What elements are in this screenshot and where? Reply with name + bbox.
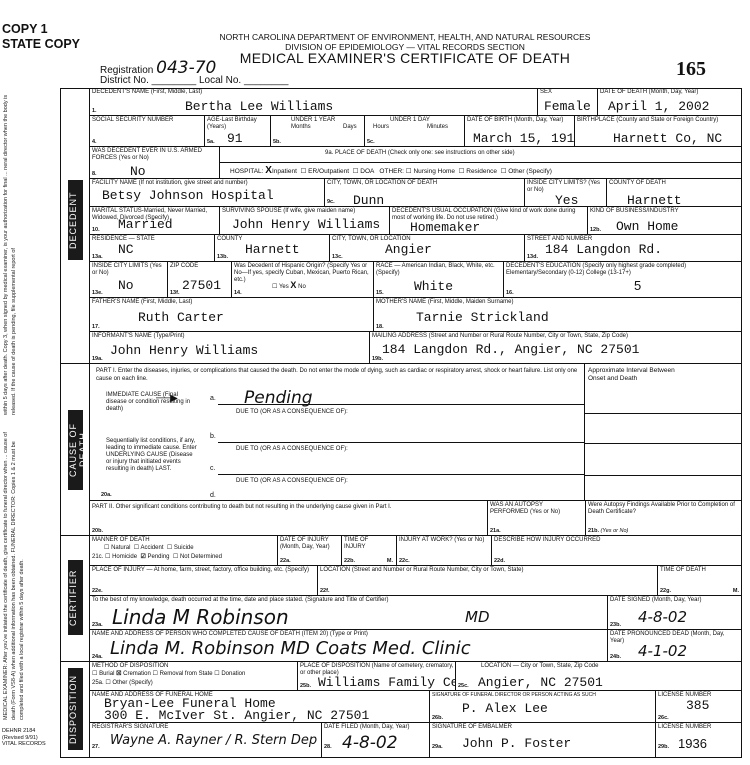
dob-field[interactable]: DATE OF BIRTH (Month, Day, Year) March 1…: [465, 116, 575, 147]
res-county-field[interactable]: COUNTY 13b. Harnett: [215, 235, 330, 262]
registrar-value: Wayne A. Rayner / R. Stern Dep Reg: [110, 733, 322, 748]
under-1-year-label: UNDER 1 YEAR: [291, 117, 335, 124]
race-value: White: [414, 279, 453, 294]
city-of-death-value: Dunn: [353, 193, 384, 207]
birthplace-field[interactable]: BIRTHPLACE (County and State or Foreign …: [575, 116, 742, 147]
er-checkbox[interactable]: ☐: [301, 168, 307, 175]
dob-label: DATE OF BIRTH (Month, Day, Year): [467, 117, 573, 124]
director-signature-num: 26b.: [432, 715, 443, 721]
form-id-block: DEHNR 2184 (Revised 9/91) VITAL RECORDS: [2, 728, 46, 748]
disposition-location-field[interactable]: LOCATION — City or Town, State, Zip Code…: [456, 662, 742, 691]
hispanic-yes-checkbox[interactable]: ☐: [272, 284, 277, 290]
res-city-field[interactable]: CITY, TOWN, OR LOCATION 13c. Angier: [330, 235, 525, 262]
er-label: ER/Outpatient: [308, 168, 349, 175]
place-of-death-header: 9a. PLACE OF DEATH (Check only one: see …: [220, 147, 742, 163]
arrow-icon: ──▶: [156, 393, 178, 404]
signature-label: To the best of my knowledge, death occur…: [92, 597, 389, 604]
interval-line-a: [584, 413, 742, 414]
cremation-label: Cremation: [123, 671, 151, 677]
disposition-location-label: LOCATION — City or Town, State, Zip Code: [481, 663, 598, 670]
autopsy-findings-num-text: 21b.: [588, 528, 599, 534]
funeral-home-line2: 300 E. McIver St. Angier, NC 27501: [104, 708, 369, 723]
inside-city-field[interactable]: INSIDE CITY LIMITS? (Yes or No) Yes: [525, 179, 607, 207]
res-inside-city-num: 13e.: [92, 290, 103, 296]
date-filed-label: DATE FILED (Month, Day, Year): [324, 724, 409, 731]
place-injury-field[interactable]: PLACE OF INJURY — At home, farm, street,…: [90, 566, 318, 596]
res-inside-city-value: No: [118, 278, 134, 293]
accident-checkbox[interactable]: ☐: [134, 545, 139, 551]
director-signature-label: SIGNATURE OF FUNERAL DIRECTOR OR PERSON …: [432, 692, 596, 699]
informant-field[interactable]: INFORMANT'S NAME (Type/Print) 19a. John …: [90, 332, 370, 364]
completer-label: NAME AND ADDRESS OF PERSON WHO COMPLETED…: [92, 631, 368, 638]
name-num: 1.: [92, 108, 97, 114]
city-of-death-label: CITY, TOWN, OR LOCATION OF DEATH: [327, 180, 437, 187]
date-injury-num: 22a.: [280, 558, 291, 564]
zip-value: 27501: [182, 278, 221, 293]
cause-a-value[interactable]: Pending: [244, 388, 313, 408]
res-state-field[interactable]: RESIDENCE — STATE 13a. NC: [90, 235, 215, 262]
mailing-value: 184 Langdon Rd., Angier, NC 27501: [382, 342, 639, 357]
ssn-num: 4.: [92, 139, 97, 145]
registrar-num: 27.: [92, 744, 100, 750]
time-injury-label: TIME OF INJURY: [344, 537, 384, 551]
signature-field[interactable]: To the best of my knowledge, death occur…: [90, 596, 608, 630]
interval-column: Approximate Interval Between Onset and D…: [584, 364, 742, 500]
hours-label: Hours: [373, 124, 389, 131]
date-signed-value: 4-8-02: [638, 608, 687, 626]
completer-num: 24a.: [92, 654, 103, 660]
city-of-death-field[interactable]: CITY, TOWN, OR LOCATION OF DEATH 9c. Dun…: [325, 179, 525, 207]
date-signed-field[interactable]: DATE SIGNED (Month, Day, Year) 23b. 4-8-…: [608, 596, 742, 630]
cause-a-letter: a.: [210, 395, 216, 402]
injury-work-label: INJURY AT WORK? (Yes or No): [399, 537, 489, 544]
inpatient-label: Inpatient: [272, 168, 297, 175]
spouse-value: John Henry Williams: [232, 217, 380, 232]
sex-field[interactable]: SEX Female: [538, 88, 598, 116]
date-of-death-field[interactable]: DATE OF DEATH (Month, Day, Year) April 1…: [598, 88, 742, 116]
num-20b: 20b.: [92, 528, 103, 534]
res-county-num: 13b.: [217, 254, 228, 260]
days-label: Days: [343, 124, 357, 131]
dod-value: April 1, 2002: [608, 99, 709, 114]
accident-label: Accident: [140, 545, 163, 551]
place-injury-label: PLACE OF INJURY — At home, farm, street,…: [92, 567, 314, 574]
hispanic-options: ☐ Yes X No: [272, 282, 306, 291]
copy-line2: STATE COPY: [2, 37, 80, 52]
method-label: METHOD OF DISPOSITION: [92, 663, 168, 670]
injury-how-label: DESCRIBE HOW INJURY OCCURRED: [494, 537, 600, 544]
form-vital: VITAL RECORDS: [2, 741, 46, 748]
place-injury-num: 22e.: [92, 588, 103, 594]
certificate-number: 165: [676, 58, 706, 81]
father-value: Ruth Carter: [138, 310, 224, 325]
director-signature-value: P. Alex Lee: [462, 701, 548, 716]
part2-field[interactable]: PART II. Other significant conditions co…: [90, 501, 488, 536]
mother-label: MOTHER'S NAME (First, Middle, Maiden Sur…: [376, 299, 514, 306]
father-label: FATHER'S NAME (First, Middle, Last): [92, 299, 192, 306]
director-signature-field[interactable]: SIGNATURE OF FUNERAL DIRECTOR OR PERSON …: [430, 691, 656, 723]
hispanic-field[interactable]: Was Decedent of Hispanic Origin? (Specif…: [232, 262, 374, 298]
part2-label: PART II. Other significant conditions co…: [92, 504, 392, 511]
injury-work-num: 22c.: [399, 558, 410, 564]
copy-label: COPY 1 STATE COPY: [2, 22, 80, 52]
disposition-place-field[interactable]: PLACE OF DISPOSITION (Name of cemetery, …: [298, 662, 456, 691]
armed-forces-label: WAS DECEDENT EVER IN U.S. ARMED FORCES (…: [92, 148, 212, 162]
armed-forces-value: No: [130, 164, 146, 179]
pending-label: Pending: [148, 554, 170, 560]
county-of-death-value: Harnett: [627, 193, 682, 207]
informant-label: INFORMANT'S NAME (Type/Print): [92, 333, 185, 340]
director-license-field[interactable]: LICENSE NUMBER 26c. 385: [656, 691, 742, 723]
doa-checkbox[interactable]: ☐: [353, 168, 359, 175]
embalmer-license-value: 1936: [678, 736, 707, 751]
injury-location-field[interactable]: LOCATION (Street and Number or Rural Rou…: [318, 566, 658, 596]
hispanic-num: 14.: [234, 290, 242, 296]
zip-num: 13f.: [170, 290, 179, 296]
cause-d-letter: d.: [210, 492, 216, 499]
mailing-field[interactable]: MAILING ADDRESS (Street and Number or Ru…: [370, 332, 742, 364]
other-disposition-label: Other (Specify): [112, 680, 152, 686]
date-signed-num: 23b.: [610, 622, 621, 628]
facility-field[interactable]: FACILITY NAME (If not institution, give …: [90, 179, 325, 207]
manner-label: MANNER OF DEATH: [92, 537, 150, 544]
copy-line1: COPY 1: [2, 22, 80, 37]
part1-instructions: PART I. Enter the diseases, injuries, or…: [96, 367, 584, 383]
completer-value: Linda M. Robinson MD Coats Med. Clinic: [110, 638, 471, 659]
donation-label: Donation: [221, 671, 245, 677]
age-field[interactable]: AGE-Last Birthday (Years) 5a. 91: [205, 116, 271, 147]
dod-label: DATE OF DEATH (Month, Day, Year): [600, 89, 698, 96]
res-city-value: Angier: [385, 242, 432, 257]
informant-value: John Henry Williams: [110, 343, 258, 358]
doa-label: DOA: [360, 168, 374, 175]
registrar-label: REGISTRAR'S SIGNATURE: [92, 724, 168, 731]
director-license-value: 385: [686, 698, 709, 713]
marital-field[interactable]: MARITAL STATUS-Married, Never Married, W…: [90, 207, 220, 235]
date-injury-label: DATE OF INJURY (Month, Day, Year): [280, 537, 340, 551]
dept-header: NORTH CAROLINA DEPARTMENT OF ENVIRONMENT…: [160, 32, 650, 42]
armed-forces-num: 8.: [92, 171, 97, 177]
due-to-3: DUE TO (OR AS A CONSEQUENCE OF):: [236, 478, 348, 485]
hispanic-no-checkbox[interactable]: X: [290, 280, 296, 290]
father-field[interactable]: FATHER'S NAME (First, Middle, Last) 17. …: [90, 298, 374, 332]
under-1-day-field[interactable]: UNDER 1 DAY Hours Minutes 5c.: [365, 116, 465, 147]
education-value: 5: [634, 278, 641, 293]
res-state-num: 13a.: [92, 254, 103, 260]
hispanic-yes-label: Yes: [279, 284, 289, 290]
method-num: 25a.: [92, 680, 104, 686]
under-1-day-label: UNDER 1 DAY: [390, 117, 430, 124]
manner-field[interactable]: MANNER OF DEATH ☐ Natural ☐ Accident ☐ S…: [90, 536, 278, 566]
burial-checkbox[interactable]: ☐: [92, 671, 97, 677]
mailing-label: MAILING ADDRESS (Street and Number or Ru…: [372, 333, 628, 340]
time-death-num: 22g.: [660, 588, 671, 594]
method-field[interactable]: METHOD OF DISPOSITION ☐ Burial ☒ Cremati…: [90, 662, 298, 691]
method-row2: 25a. ☐ Other (Specify): [92, 680, 153, 687]
injury-location-num: 22f.: [320, 588, 329, 594]
num-20a: 20a.: [101, 492, 112, 498]
nursing-checkbox[interactable]: ☐: [406, 168, 412, 175]
mother-value: Tarnie Strickland: [416, 310, 549, 325]
res-street-value: 184 Langdon Rd.: [545, 242, 662, 257]
signature-title: MD: [465, 608, 490, 626]
race-num: 15.: [376, 290, 384, 296]
res-street-num: 13d.: [527, 254, 538, 260]
res-state-value: NC: [118, 242, 134, 257]
zip-field[interactable]: ZIP CODE 13f. 27501: [168, 262, 232, 298]
embalmer-license-field[interactable]: LICENSE NUMBER 29b. 1936: [656, 723, 742, 758]
signature-num: 23a.: [92, 622, 103, 628]
registrar-field[interactable]: REGISTRAR'S SIGNATURE 27. Wayne A. Rayne…: [90, 723, 322, 758]
residence-checkbox[interactable]: ☐: [459, 168, 465, 175]
pronounced-num: 24b.: [610, 654, 621, 660]
city-of-death-num: 9c.: [327, 199, 335, 205]
business-label: KIND OF BUSINESS/INDUSTRY: [590, 208, 679, 215]
age-label: AGE-Last Birthday (Years): [207, 117, 269, 131]
disposition-place-num: 25b.: [300, 683, 311, 689]
birthplace-value: Harnett Co, NC: [613, 131, 722, 146]
pending-checkbox[interactable]: ☑: [140, 554, 145, 560]
res-county-value: Harnett: [245, 242, 300, 257]
form-title: MEDICAL EXAMINER'S CERTIFICATE OF DEATH: [160, 50, 650, 66]
homicide-label: Homicide: [112, 554, 137, 560]
section-disposition: DISPOSITION: [68, 668, 83, 750]
autopsy-findings-label: Were Autopsy Findings Available Prior to…: [588, 502, 738, 516]
burial-label: Burial: [99, 671, 114, 677]
months-label: Months: [291, 124, 311, 131]
date-filed-field[interactable]: DATE FILED (Month, Day, Year) 28. 4-8-02: [322, 723, 430, 758]
time-death-field[interactable]: TIME OF DEATH 22g. M.: [658, 566, 742, 596]
manner-row2: 21c. ☐ Homicide ☑ Pending ☐ Not Determin…: [92, 554, 222, 561]
pronounced-value: 4-1-02: [638, 642, 687, 660]
under-1-year-num: 5b.: [273, 139, 281, 145]
donation-checkbox[interactable]: ☐: [214, 671, 219, 677]
signature-value: Linda M Robinson: [112, 605, 289, 629]
cremation-checkbox[interactable]: ☒: [116, 671, 121, 677]
education-num: 16.: [506, 290, 514, 296]
res-inside-city-label: INSIDE CITY LIMITS (Yes or No): [92, 263, 166, 277]
occupation-value: Homemaker: [410, 220, 480, 235]
zip-label: ZIP CODE: [170, 263, 198, 270]
autopsy-findings-num: 21b. (Yes or No): [588, 528, 628, 534]
district-label: District No. ________ Local No. ________: [100, 75, 288, 86]
embalmer-license-label: LICENSE NUMBER: [658, 724, 711, 731]
funeral-home-field[interactable]: NAME AND ADDRESS OF FUNERAL HOME Bryan-L…: [90, 691, 430, 723]
race-label: RACE — American Indian, Black, White, et…: [376, 263, 502, 277]
facility-value: Betsy Johnson Hospital: [102, 188, 274, 203]
other-disposition-checkbox[interactable]: ☐: [105, 680, 110, 686]
injury-work-field[interactable]: INJURY AT WORK? (Yes or No) 22c.: [397, 536, 492, 566]
minutes-label: Minutes: [427, 124, 448, 131]
date-injury-field[interactable]: DATE OF INJURY (Month, Day, Year) 22a.: [278, 536, 342, 566]
other-checkbox[interactable]: ☐: [501, 168, 507, 175]
inside-city-value: Yes: [555, 193, 578, 207]
interval-line-c: [584, 475, 742, 476]
inpatient-checkbox[interactable]: X: [265, 165, 272, 176]
hospital-label: HOSPITAL:: [230, 168, 263, 175]
autopsy-findings-field[interactable]: Were Autopsy Findings Available Prior to…: [586, 501, 742, 536]
age-value: 91: [227, 131, 243, 146]
section-certifier: CERTIFIER: [68, 560, 83, 635]
natural-checkbox[interactable]: ☐: [104, 545, 109, 551]
ssn-field[interactable]: SOCIAL SECURITY NUMBER 4.: [90, 116, 205, 147]
embalmer-label: SIGNATURE OF EMBALMER: [432, 724, 512, 731]
time-death-suffix: M.: [733, 588, 739, 594]
injury-how-field[interactable]: DESCRIBE HOW INJURY OCCURRED 22d.: [492, 536, 742, 566]
cause-b-line[interactable]: [218, 442, 584, 443]
date-filed-num: 28.: [324, 744, 332, 750]
residence-label: Residence: [466, 168, 497, 175]
removal-checkbox[interactable]: ☐: [153, 671, 158, 677]
method-row1: ☐ Burial ☒ Cremation ☐ Removal from Stat…: [92, 671, 245, 678]
hispanic-label: Was Decedent of Hispanic Origin? (Specif…: [234, 263, 372, 284]
sex-label: SEX: [540, 89, 552, 96]
removal-label: Removal from State: [160, 671, 213, 677]
place-of-death-label: 9a. PLACE OF DEATH (Check only one: see …: [325, 150, 515, 157]
spouse-field[interactable]: SURVIVING SPOUSE (If wife, give maiden n…: [220, 207, 390, 235]
cause-c-letter: c.: [210, 465, 215, 472]
time-injury-num: 22b.: [344, 558, 355, 564]
autopsy-field[interactable]: WAS AN AUTOPSY PERFORMED (Yes or No) 21a…: [488, 501, 586, 536]
race-field[interactable]: RACE — American Indian, Black, White, et…: [374, 262, 504, 298]
education-label: DECEDENT'S EDUCATION (Specify only highe…: [506, 263, 738, 277]
manner-row1: ☐ Natural ☐ Accident ☐ Suicide: [104, 545, 194, 552]
not-determined-checkbox[interactable]: ☐: [173, 554, 178, 560]
mother-field[interactable]: MOTHER'S NAME (First, Middle, Maiden Sur…: [374, 298, 742, 332]
time-injury-suffix: M.: [387, 558, 393, 564]
suicide-label: Suicide: [174, 545, 194, 551]
embalmer-field[interactable]: SIGNATURE OF EMBALMER 29a. John P. Foste…: [430, 723, 656, 758]
age-num: 5a.: [207, 139, 215, 145]
completer-field[interactable]: NAME AND ADDRESS OF PERSON WHO COMPLETED…: [90, 630, 608, 662]
time-injury-field[interactable]: TIME OF INJURY 22b. M.: [342, 536, 397, 566]
disposition-location-value: Angier, NC 27501: [478, 675, 603, 690]
hispanic-no-label: No: [298, 284, 306, 290]
res-street-field[interactable]: STREET AND NUMBER 13d. 184 Langdon Rd.: [525, 235, 742, 262]
facility-label: FACILITY NAME (If not institution, give …: [92, 180, 248, 187]
business-num: 12b.: [590, 227, 601, 233]
side-instructions-bottom: MEDICAL EXAMINER: After you've initiated…: [2, 420, 22, 720]
ssn-label: SOCIAL SECURITY NUMBER: [92, 117, 173, 124]
autopsy-num: 21a.: [490, 528, 501, 534]
autopsy-label: WAS AN AUTOPSY PERFORMED (Yes or No): [490, 502, 582, 516]
marital-value: Married: [118, 217, 173, 232]
armed-forces-field[interactable]: WAS DECEDENT EVER IN U.S. ARMED FORCES (…: [90, 147, 220, 179]
natural-label: Natural: [111, 545, 130, 551]
side-instructions-top: within 5 days after death. Copy 3, when …: [2, 85, 22, 415]
due-to-2: DUE TO (OR AS A CONSEQUENCE OF):: [236, 446, 348, 453]
res-inside-city-field[interactable]: INSIDE CITY LIMITS (Yes or No) 13e. No: [90, 262, 168, 298]
embalmer-value: John P. Foster: [462, 736, 571, 751]
father-num: 17.: [92, 324, 100, 330]
other-label: OTHER:: [379, 168, 404, 175]
business-field[interactable]: KIND OF BUSINESS/INDUSTRY 12b. Own Home: [588, 207, 742, 235]
under-1-day-num: 5c.: [367, 139, 375, 145]
suicide-checkbox[interactable]: ☐: [167, 545, 172, 551]
director-license-num: 26c.: [658, 715, 669, 721]
embalmer-num: 29a.: [432, 744, 443, 750]
res-county-label: COUNTY: [217, 236, 242, 243]
name-value: Bertha Lee Williams: [185, 99, 333, 114]
embalmer-license-num: 29b.: [658, 744, 669, 750]
place-of-death-options: HOSPITAL: XInpatient ☐ ER/Outpatient ☐ D…: [220, 163, 742, 179]
name-label: DECEDENT'S NAME (First, Middle, Last): [92, 89, 202, 96]
occupation-field[interactable]: DECEDENT'S USUAL OCCUPATION (Give kind o…: [390, 207, 588, 235]
immediate-cause-label: IMMEDIATE CAUSE (Final disease or condit…: [106, 392, 196, 413]
marital-num: 10.: [92, 227, 100, 233]
date-signed-label: DATE SIGNED (Month, Day, Year): [610, 597, 701, 604]
injury-location-label: LOCATION (Street and Number or Rural Rou…: [320, 567, 524, 574]
date-filed-value: 4-8-02: [342, 733, 398, 753]
sequential-label: Sequentially list conditions, if any, le…: [106, 438, 198, 473]
mother-num: 18.: [376, 324, 384, 330]
other-specify-label: Other (Specify): [508, 168, 552, 175]
homicide-checkbox[interactable]: ☐: [105, 554, 110, 560]
due-to-1: DUE TO (OR AS A CONSEQUENCE OF):: [236, 409, 348, 416]
nursing-label: Nursing Home: [413, 168, 455, 175]
interval-line-b: [584, 443, 742, 444]
informant-num: 19a.: [92, 356, 103, 362]
education-field[interactable]: DECEDENT'S EDUCATION (Specify only highe…: [504, 262, 742, 298]
res-city-num: 13c.: [332, 254, 343, 260]
injury-how-num: 22d.: [494, 558, 505, 564]
pronounced-field[interactable]: DATE PRONOUNCED DEAD (Month, Day, Year) …: [608, 630, 742, 662]
section-decedent: DECEDENT: [68, 180, 83, 260]
time-death-label: TIME OF DEATH: [660, 567, 706, 574]
birthplace-label: BIRTHPLACE (County and State or Foreign …: [577, 117, 737, 124]
cause-b-letter: b.: [210, 433, 216, 440]
county-of-death-label: COUNTY OF DEATH: [609, 180, 666, 187]
not-determined-label: Not Determined: [180, 554, 222, 560]
under-1-year-field[interactable]: UNDER 1 YEAR Months Days 5b.: [271, 116, 365, 147]
county-of-death-field[interactable]: COUNTY OF DEATH Harnett: [607, 179, 742, 207]
name-field[interactable]: DECEDENT'S NAME (First, Middle, Last) 1.…: [90, 88, 538, 116]
inside-city-label: INSIDE CITY LIMITS? (Yes or No): [527, 180, 605, 194]
disposition-location-num: 25c.: [458, 683, 469, 689]
place-of-death-checks: HOSPITAL: XInpatient ☐ ER/Outpatient ☐ D…: [230, 167, 552, 175]
business-value: Own Home: [616, 219, 678, 234]
autopsy-findings-hint: (Yes or No): [601, 528, 629, 534]
interval-label: Approximate Interval Between Onset and D…: [585, 364, 695, 386]
section-cause: CAUSE OF DEATH: [68, 410, 83, 490]
spouse-label: SURVIVING SPOUSE (If wife, give maiden n…: [222, 208, 355, 215]
sex-value: Female: [544, 99, 591, 114]
disposition-place-value: Williams Family Cem.: [318, 675, 456, 690]
cause-c-line[interactable]: [218, 474, 584, 475]
manner-num: 21c.: [92, 554, 103, 560]
dob-value: March 15, 1911: [473, 131, 575, 146]
